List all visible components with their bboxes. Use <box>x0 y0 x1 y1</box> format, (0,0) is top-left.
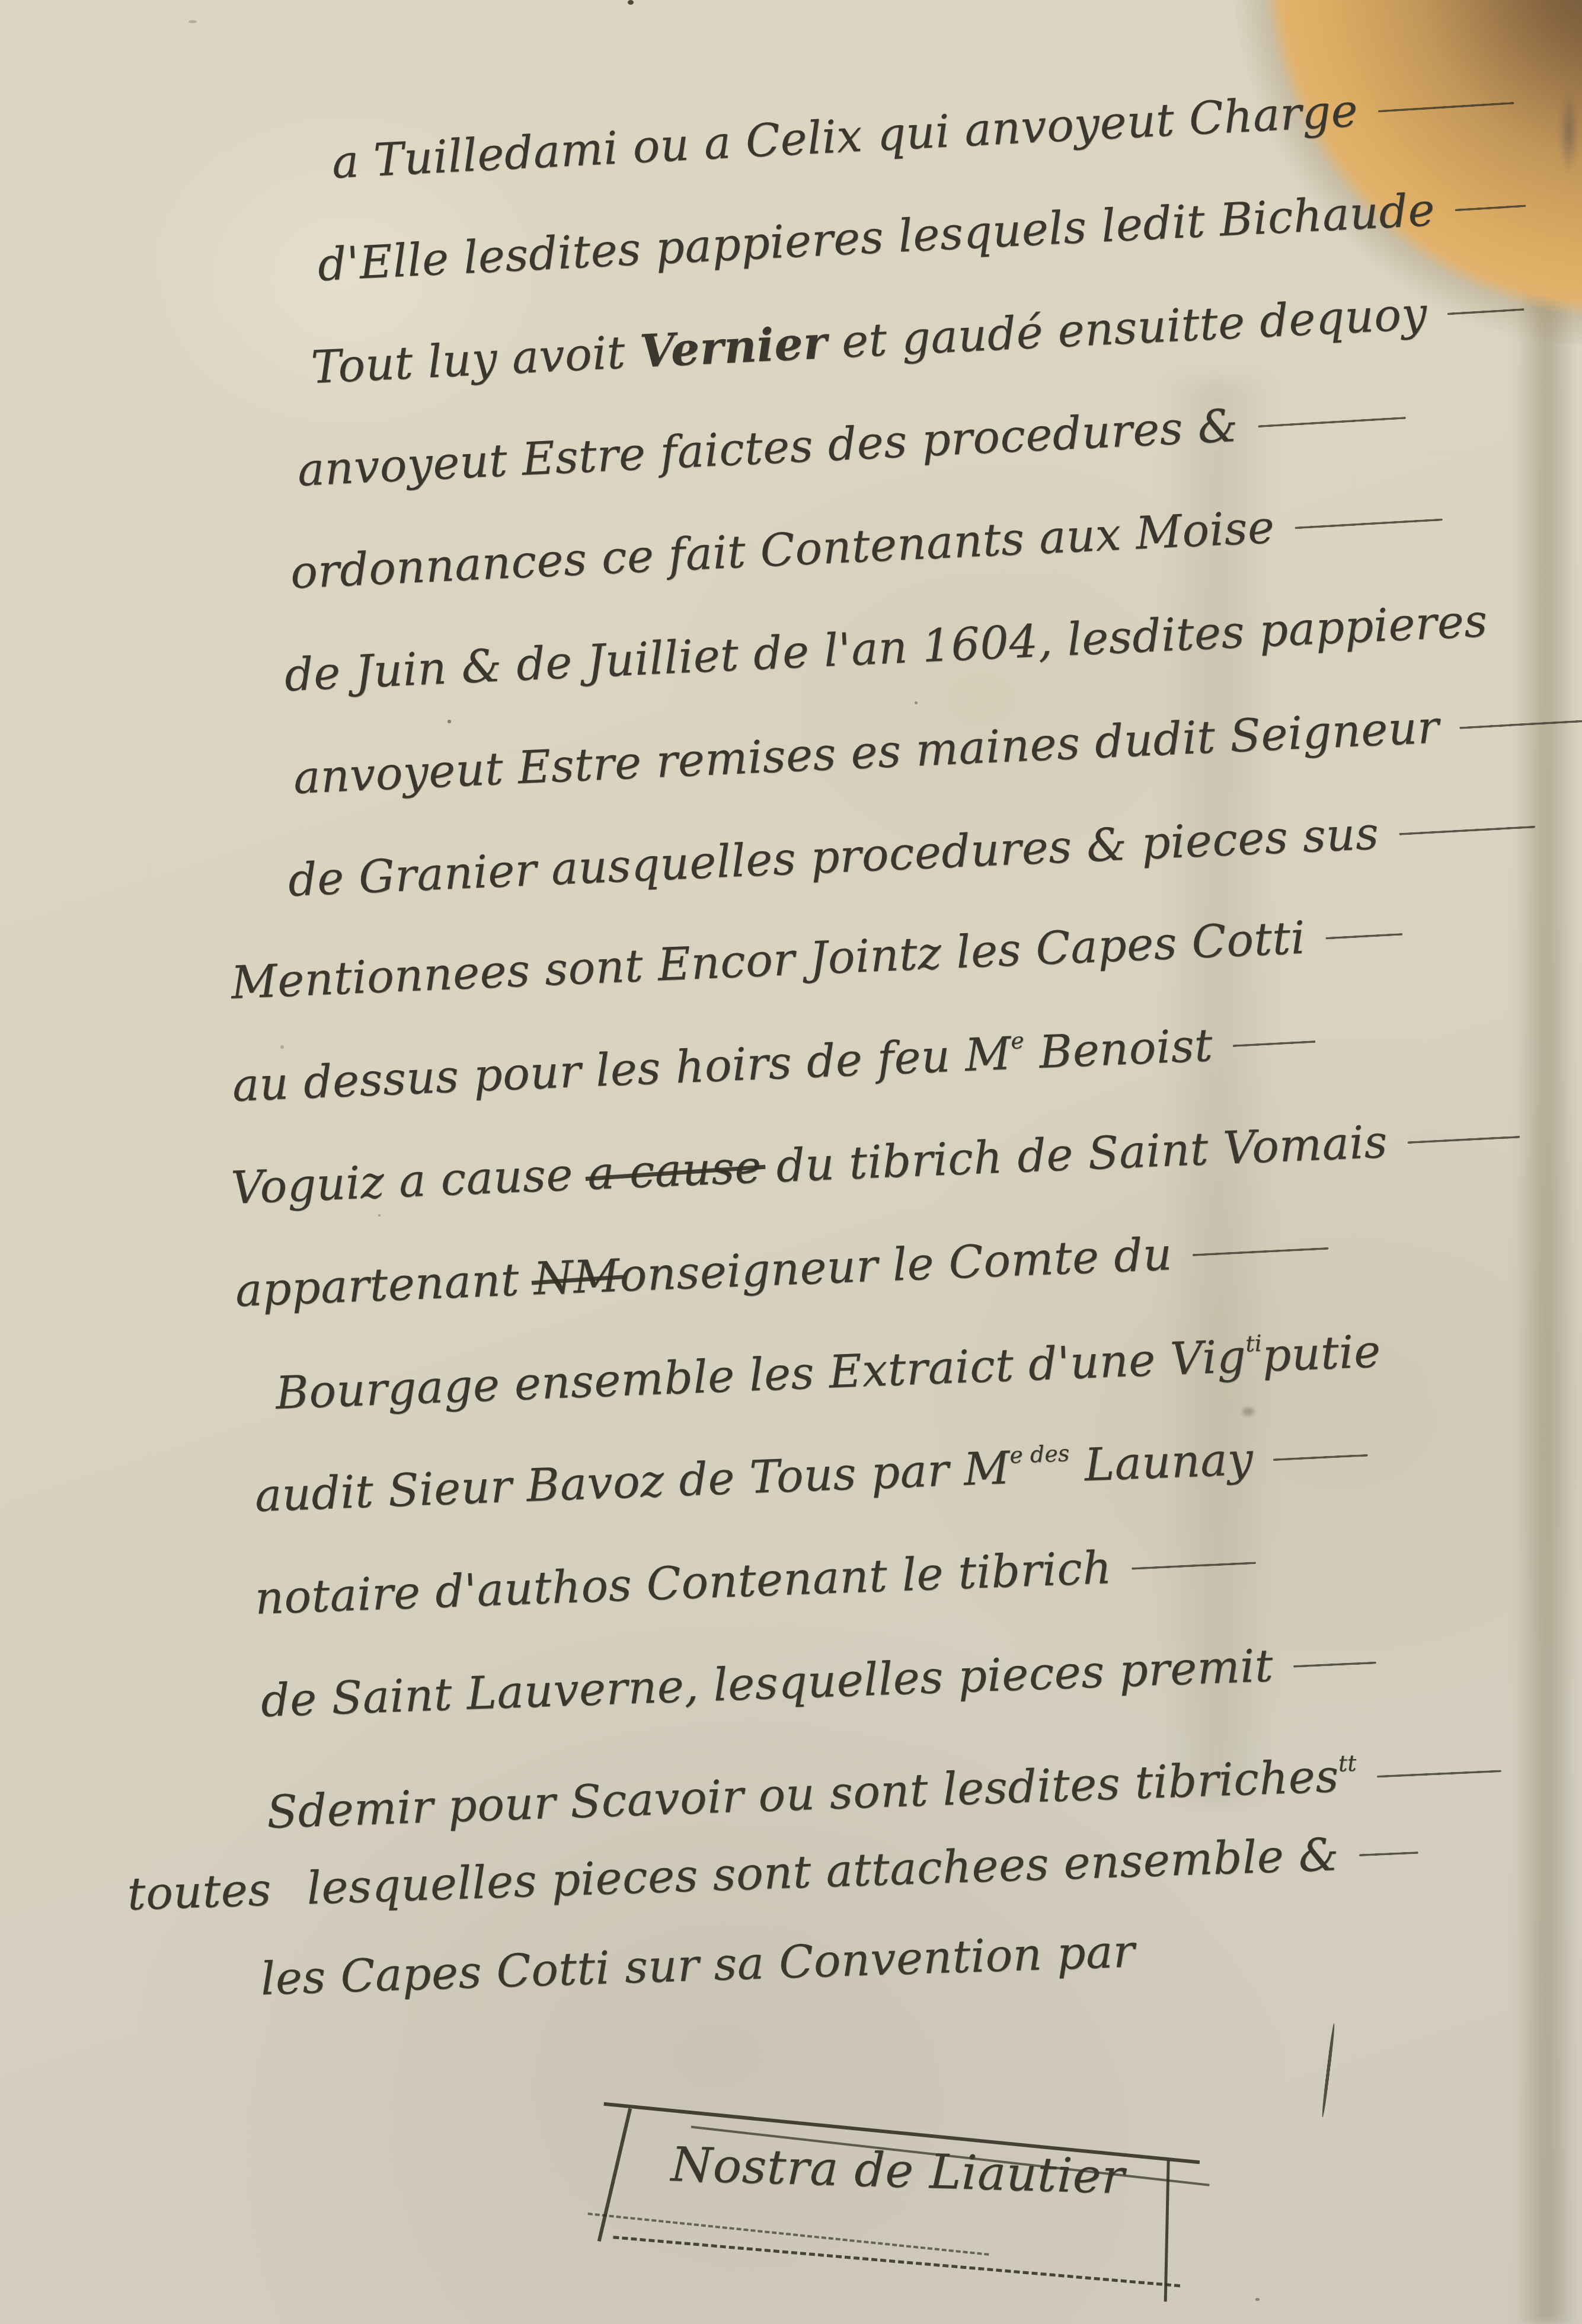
line-filler-dash <box>1447 308 1525 315</box>
line-filler-dash <box>1378 102 1514 113</box>
manuscript-line: de Juin & de Juilliet de l'an 1604, lesd… <box>283 593 1488 702</box>
struck-word: NM <box>533 1249 621 1305</box>
line-filler-dash <box>1233 1040 1316 1047</box>
ink-speck <box>628 0 634 5</box>
manuscript-line: Tout luy avoit Vernier et gaudé ensuitte… <box>310 282 1526 394</box>
line-text: ordonnances ce fait Contenants aux Moise <box>289 500 1276 599</box>
line-text: et gaudé ensuitte dequoy <box>826 287 1428 369</box>
ink-speck <box>915 701 918 704</box>
ink-smudge <box>1242 1407 1254 1416</box>
ink-speck <box>378 1214 381 1217</box>
line-text: Vernier <box>638 316 828 378</box>
line-text: de Juin & de Juilliet de l'an 1604, lesd… <box>283 594 1488 701</box>
line-filler-dash <box>1377 1770 1501 1777</box>
line-filler-dash <box>1359 1851 1418 1856</box>
manuscript-line: les Capes Cotti sur sa Convention par <box>260 1924 1136 2006</box>
line-text: Sdemir pour Scavoir ou sont lesdites tib… <box>266 1750 1340 1838</box>
line-text: appartenant <box>234 1252 535 1317</box>
line-text: les Capes Cotti sur sa Convention par <box>260 1924 1136 2005</box>
line-filler-dash <box>1193 1247 1329 1256</box>
superscript: e des <box>1009 1440 1070 1469</box>
line-text: Benoist <box>1024 1019 1214 1079</box>
line-text: de Saint Lauverne, lesquelles pieces pre… <box>260 1639 1274 1727</box>
line-filler-dash <box>1295 518 1443 529</box>
line-text: au dessus pour les hoirs de feu M <box>231 1027 1012 1112</box>
ink-speck <box>280 1045 284 1049</box>
signature-box-bottom-line <box>588 2213 989 2256</box>
line-filler-dash <box>1459 720 1582 729</box>
binding-fold-shadow <box>1514 0 1571 2324</box>
ink-speck <box>448 720 451 723</box>
line-text: toutes <box>127 1863 273 1920</box>
pencil-mark <box>188 20 197 23</box>
line-filler-dash <box>1258 417 1407 427</box>
line-filler-dash <box>1293 1662 1376 1668</box>
line-text: onseigneur le Comte du <box>619 1227 1173 1301</box>
line-text: putie <box>1261 1324 1382 1382</box>
manuscript-line: anvoyeut Estre remises es maines dudit S… <box>292 693 1582 805</box>
line-text: Mentionnees sont Encor Jointz les Capes … <box>230 911 1306 1009</box>
manuscript-page: a Tuilledami ou a Celix qui anvoyeut Cha… <box>0 0 1582 2324</box>
manuscript-line: au dessus pour les hoirs de feu Me Benoi… <box>231 1014 1317 1112</box>
line-text: Tout luy avoit <box>310 325 641 394</box>
line-filler-dash <box>1408 1136 1520 1144</box>
line-text: anvoyeut Estre faictes des procedures & <box>296 399 1239 496</box>
line-text: Bourgage ensemble les Extraict d'une Vig <box>274 1330 1247 1419</box>
line-text: Launay <box>1069 1432 1254 1492</box>
manuscript-line: touteslesquelles pieces sont attachees e… <box>127 1825 1420 1921</box>
line-text: notaire d'authos Contenant le tibrich <box>254 1541 1113 1624</box>
ink-speck <box>1255 2298 1260 2301</box>
struck-word: a cause <box>586 1140 762 1200</box>
manuscript-line: Sdemir pour Scavoir ou sont lesdites tib… <box>266 1743 1502 1839</box>
line-text: lesquelles pieces sont attachees ensembl… <box>306 1828 1340 1914</box>
signature-box-right-line <box>1164 2160 1170 2301</box>
signature-box: Nostra de Liautier <box>610 2109 1170 2284</box>
manuscript-line: de Granier ausquelles procedures & piece… <box>287 799 1536 907</box>
line-text: Voguiz a cause <box>230 1147 589 1214</box>
superscript: e <box>1010 1027 1024 1054</box>
line-filler-dash <box>1455 205 1526 211</box>
superscript: tt <box>1338 1750 1357 1777</box>
line-filler-dash <box>1132 1562 1256 1570</box>
manuscript-line: Voguiz a cause a cause du tibrich de Sai… <box>230 1109 1521 1215</box>
superscript: ti <box>1245 1330 1263 1357</box>
line-text: du tibrich de Saint Vomais <box>760 1115 1388 1193</box>
line-filler-dash <box>1399 826 1535 835</box>
manuscript-line: notaire d'authos Contenant le tibrich <box>254 1535 1257 1625</box>
page-edge-blotch <box>1556 70 1582 194</box>
signature-box-left-line <box>597 2108 632 2242</box>
line-text: audit Sieur Bavoz de Tous par M <box>254 1441 1011 1522</box>
flourish-stroke <box>1321 2023 1335 2118</box>
line-filler-dash <box>1273 1454 1368 1461</box>
line-filler-dash <box>1325 933 1402 940</box>
